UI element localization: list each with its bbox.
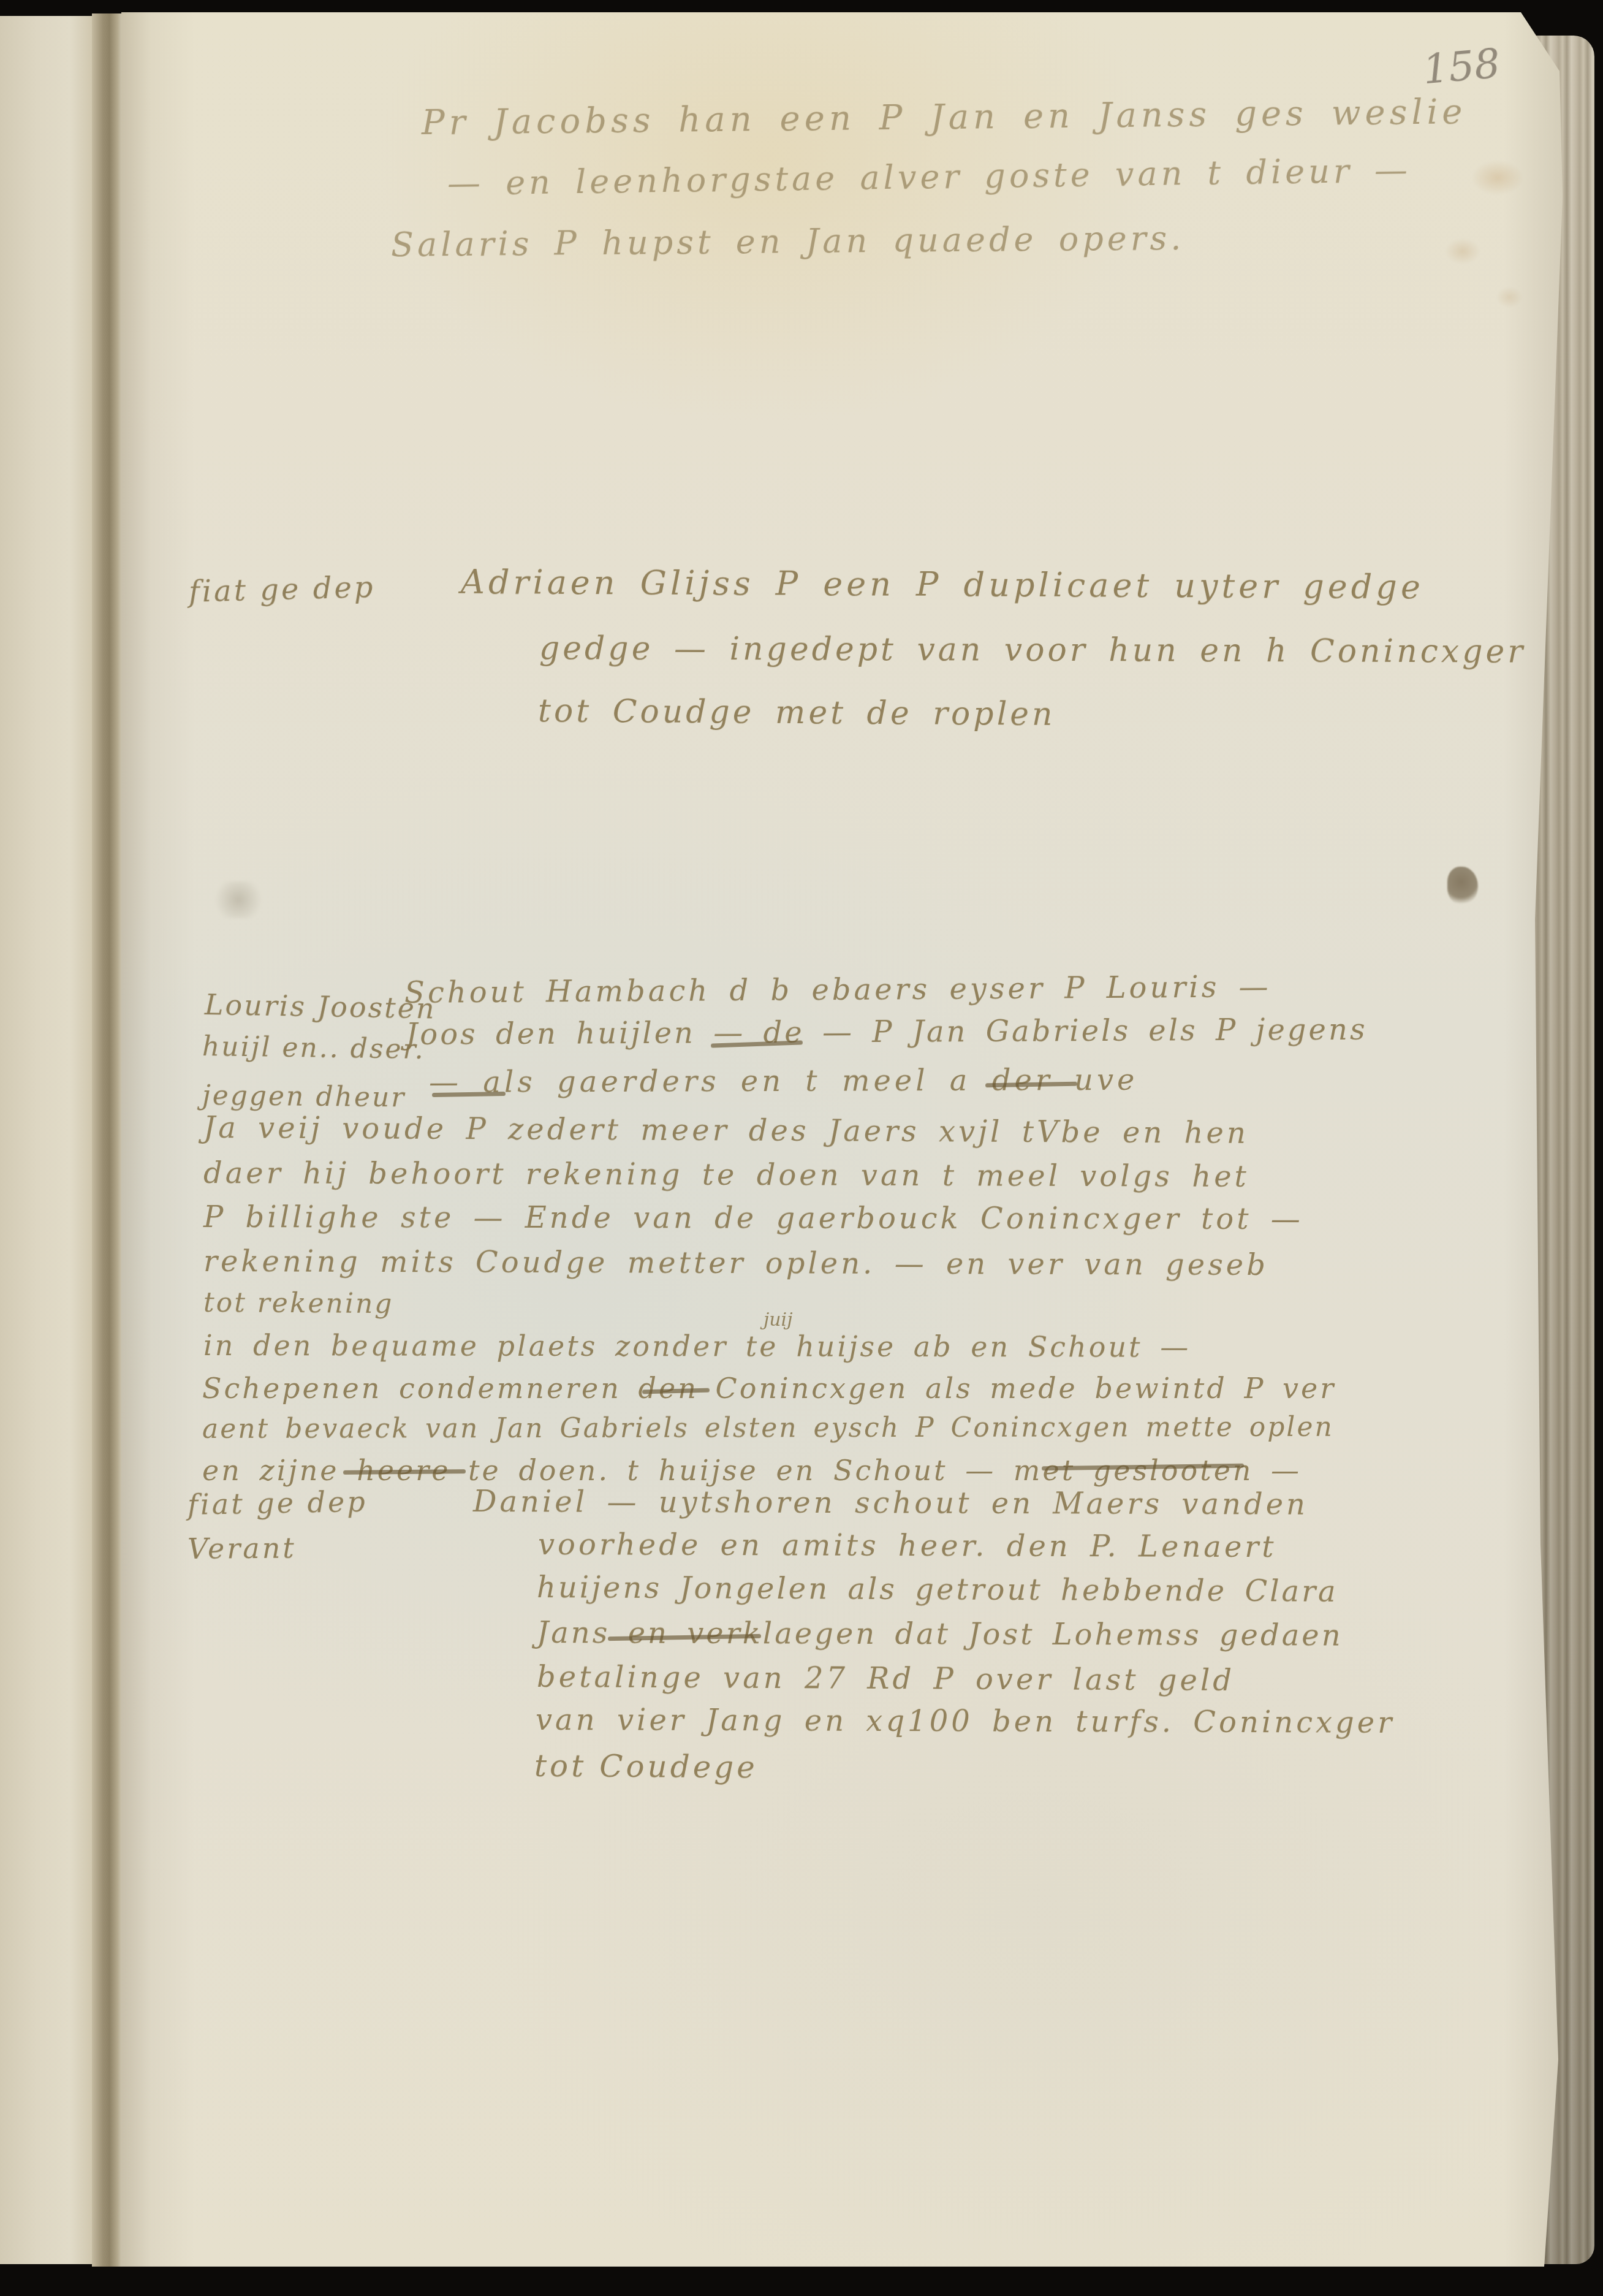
superscript-insertion: juij: [764, 1309, 793, 1331]
handwritten-line: Daniel — uytshoren schout en Maers vande…: [473, 1484, 1308, 1522]
handwritten-line: Ja veij voude P zedert meer des Jaers xv…: [203, 1111, 1249, 1150]
handwritten-line: gedge — ingedept van voor hun en h Conin…: [539, 630, 1526, 671]
margin-note: fiat ge dep: [188, 1485, 368, 1521]
handwritten-line: Salaris P hupst en Jan quaede opers.: [391, 219, 1185, 264]
previous-page-edge: [0, 16, 93, 2264]
handwritten-line: van vier Jang en xq100 ben turfs. Coninc…: [536, 1703, 1395, 1740]
handwritten-line: Joos den huijlen — de — P Jan Gabriels e…: [406, 1013, 1368, 1052]
handwritten-line: Adriaen Glijss P een P duplicaet uyter g…: [461, 563, 1424, 606]
binding-gutter: [92, 13, 124, 2267]
margin-party-name: Louris Joosten: [205, 988, 436, 1025]
handwritten-line: Schepenen condemneren den Conincxgen als…: [202, 1372, 1336, 1405]
handwritten-line: — als gaerders en t meel a der uve: [429, 1063, 1139, 1100]
paper-smudge: [211, 881, 266, 918]
handwritten-line: Jans en verklaegen dat Jost Lohemss geda…: [537, 1616, 1343, 1653]
margin-party-name: huijl en.. dser.: [202, 1031, 425, 1065]
handwritten-line: huijens Jongelen als getrout hebbende Cl…: [537, 1570, 1338, 1609]
handwritten-line: tot Coudge met de roplen: [538, 693, 1056, 733]
handwritten-line: voorhede en amits heer. den P. Lenaert: [538, 1527, 1277, 1564]
photo-backdrop: { "folio_number": "158", "header_lines":…: [0, 0, 1603, 2296]
handwritten-line: daer hij behoort rekening te doen van t …: [203, 1156, 1249, 1194]
margin-note: fiat ge dep: [188, 570, 376, 609]
handwritten-line: in den bequame plaets zonder te huijse a…: [203, 1329, 1191, 1364]
ink-stain: [1447, 867, 1478, 905]
margin-note: Verant: [188, 1531, 297, 1565]
foxing-stain: [1428, 141, 1544, 325]
margin-party-name: jeggen dheur: [202, 1080, 406, 1113]
folio-number: 158: [1421, 40, 1502, 94]
handwritten-line: Schout Hambach d b ebaers eyser P Louris…: [404, 970, 1271, 1010]
handwritten-line: tot rekening: [203, 1287, 394, 1320]
handwritten-line: P billighe ste — Ende van de gaerbouck C…: [203, 1200, 1303, 1236]
handwritten-line: rekening mits Coudge metter oplen. — en …: [203, 1244, 1268, 1282]
handwritten-line: betalinge van 27 Rd P over last geld: [537, 1660, 1235, 1698]
handwritten-line: aent bevaeck van Jan Gabriels elsten eys…: [202, 1412, 1334, 1445]
handwritten-line: tot Coudege: [534, 1748, 758, 1785]
